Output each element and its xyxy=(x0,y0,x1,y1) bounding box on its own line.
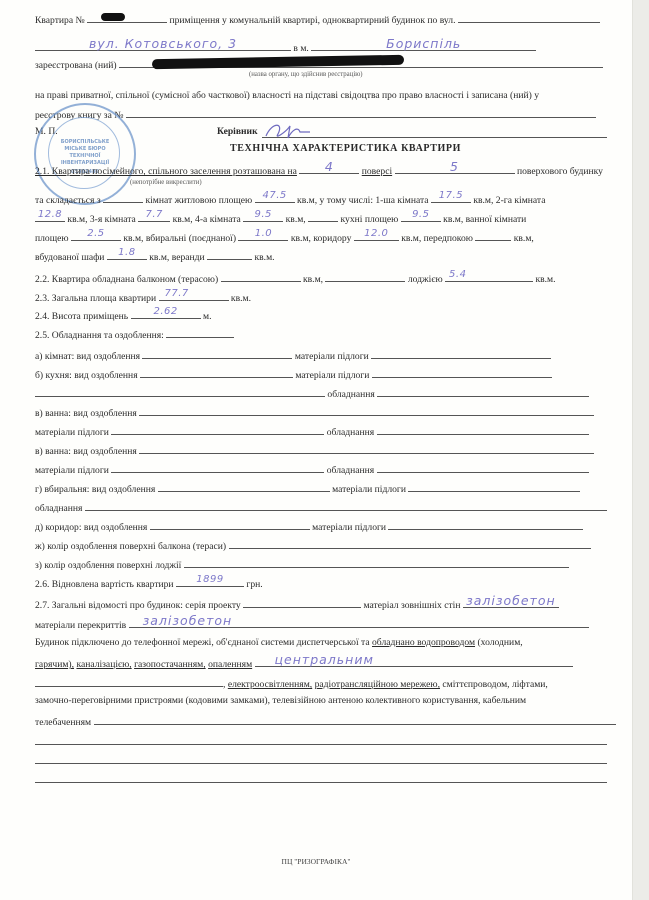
balcony-color-line: ж) колір оздоблення поверхні балкона (те… xyxy=(35,538,591,553)
s21-text: вбудованої шафи xyxy=(35,252,104,263)
section-2-7-line2: матеріали перекриттів залізобетон xyxy=(35,617,589,632)
room4-field[interactable]: 9.5 xyxy=(243,211,283,222)
ceilings-value: залізобетон xyxy=(143,615,589,627)
signature-icon xyxy=(262,120,342,142)
s21-text: та складається з xyxy=(35,195,101,206)
s23-text: кв.м. xyxy=(231,293,251,304)
city-field[interactable]: Бориспіль xyxy=(311,40,536,51)
toilet-finish-line: г) вбиральня: вид оздоблення матеріали п… xyxy=(35,481,580,496)
s25-text: матеріали підлоги xyxy=(312,522,386,533)
corridor-field[interactable]: 12.0 xyxy=(354,230,399,241)
kitchen-value: 9.5 xyxy=(401,209,441,221)
veranda-field[interactable] xyxy=(207,249,252,260)
s25-text: матеріали підлоги xyxy=(295,370,369,381)
city-value: Бориспіль xyxy=(311,38,536,50)
s27-text: Будинок підключено до телефонної мережі,… xyxy=(35,637,370,648)
bath2-finish-line: в) ванна: вид оздоблення xyxy=(35,443,594,458)
s25-text: матеріали підлоги xyxy=(332,484,406,495)
toilet-equip-line: обладнання xyxy=(35,500,607,515)
extra-line-3[interactable] xyxy=(35,782,607,783)
bath2-finish-field[interactable] xyxy=(139,443,594,454)
s22-text: кв.м. xyxy=(535,274,555,285)
s27-text: газопостачанням, xyxy=(134,659,206,670)
section-2-1-line5: вбудованої шафи 1.8 кв.м, веранди кв.м. xyxy=(35,249,275,264)
toilet-floor-field[interactable] xyxy=(408,481,580,492)
registry-field[interactable] xyxy=(126,107,596,118)
loggia-value: 5.4 xyxy=(449,269,533,281)
city-label: в м. xyxy=(293,43,308,54)
s25-text: в) ванна: вид оздоблення xyxy=(35,408,137,419)
extra-line-1[interactable] xyxy=(35,744,607,745)
s21-text: кв.м, 4-а кімната xyxy=(173,214,241,225)
note-strike: (непотрібне викреслити) xyxy=(130,179,202,186)
bath-finish-line: в) ванна: вид оздоблення xyxy=(35,405,594,420)
s21-text: кв.м, коридору xyxy=(291,233,352,244)
bath-equip-field[interactable] xyxy=(377,424,589,435)
s25-text: д) коридор: вид оздоблення xyxy=(35,522,147,533)
room3-value: 7.7 xyxy=(138,209,170,221)
s26-text: грн. xyxy=(246,579,262,590)
printer-footer: ПЦ "РИЗОГРАФІКА" xyxy=(0,857,632,866)
s27-text: , xyxy=(223,679,225,690)
section-2-7-line7: телебаченням xyxy=(35,714,616,729)
head-label: Керівник xyxy=(217,126,258,138)
s27-text: телебаченням xyxy=(35,717,91,728)
s27-text: матеріали перекриттів xyxy=(35,620,126,631)
balcony-color-field[interactable] xyxy=(229,538,591,549)
stamp-line: ТЕХНІЧНОЇ xyxy=(36,153,134,159)
s21-text: кв.м, у тому числі: 1-ша кімната xyxy=(297,195,428,206)
s25-text: матеріали підлоги xyxy=(35,427,109,438)
extra-field[interactable] xyxy=(308,211,338,222)
s21-text: кв.м, передпокою xyxy=(401,233,473,244)
room2-field[interactable]: 12.8 xyxy=(35,211,65,222)
toilet-finish-field[interactable] xyxy=(158,481,330,492)
floors-value: 5 xyxy=(395,161,515,173)
s22-text: 2.2. Квартира обладнана балконом (терасо… xyxy=(35,274,218,285)
floor-value: 4 xyxy=(299,161,359,173)
kitchen-finish-field[interactable] xyxy=(140,367,293,378)
s25-text: обладнання xyxy=(35,503,82,514)
living-area-field[interactable]: 47.5 xyxy=(255,192,295,203)
section-2-5: 2.5. Обладнання та оздоблення: xyxy=(35,327,234,342)
cable-tv-field[interactable] xyxy=(94,714,616,725)
bath-floor-line: матеріали підлоги обладнання xyxy=(35,424,589,439)
ownership-text: на праві приватної, спільної (сумісної а… xyxy=(35,90,539,102)
s21-text: 2.1. Квартира посімейного, спільного зас… xyxy=(35,166,297,177)
room1-field[interactable]: 17.5 xyxy=(431,192,471,203)
walls-field[interactable]: залізобетон xyxy=(463,597,559,608)
rooms-field[interactable] xyxy=(103,192,143,203)
stamp-line: МІСЬКЕ БЮРО xyxy=(36,146,134,152)
kitchen-floor-field[interactable] xyxy=(372,367,552,378)
s25-text: ж) колір оздоблення поверхні балкона (те… xyxy=(35,541,226,552)
bathroom-field[interactable]: 2.5 xyxy=(71,230,121,241)
floor-field[interactable]: 4 xyxy=(299,163,359,174)
room1-value: 17.5 xyxy=(431,190,471,202)
ceilings-field[interactable]: залізобетон xyxy=(129,617,589,628)
s21-text: кв.м. xyxy=(254,252,274,263)
s25-text: а) кімнат: вид оздоблення xyxy=(35,351,140,362)
s21-text: кв.м, 2-га кімната xyxy=(473,195,545,206)
section-2-1-line4: площею 2.5 кв.м, вбиральні (поєднаної) 1… xyxy=(35,230,534,245)
s24-text: 2.4. Висота приміщень xyxy=(35,311,128,322)
section-2-7-line6: замочно-переговірними пристроями (кодови… xyxy=(35,695,526,707)
section-2-1-line2: та складається з кімнат житловою площею … xyxy=(35,192,546,207)
s21-text: кв.м, ванної кімнати xyxy=(443,214,526,225)
bath-floor-field[interactable] xyxy=(111,424,324,435)
heating-field[interactable]: центральним xyxy=(255,656,573,667)
apartment-label: Квартира № xyxy=(35,15,85,26)
s21-text: площею xyxy=(35,233,69,244)
extra-line-2[interactable] xyxy=(35,763,607,764)
finish-general-field[interactable] xyxy=(166,327,234,338)
section-2-7-line1: 2.7. Загальні відомості про будинок: сер… xyxy=(35,597,559,612)
s21-text: кв.м, 3-я кімната xyxy=(67,214,135,225)
room4-value: 9.5 xyxy=(243,209,283,221)
walls-value: залізобетон xyxy=(463,595,559,607)
kitchen-field[interactable]: 9.5 xyxy=(401,211,441,222)
scan-margin xyxy=(632,0,649,900)
bathroom-value: 2.5 xyxy=(71,228,121,240)
hallway-field[interactable] xyxy=(475,230,511,241)
s25-text: матеріали підлоги xyxy=(295,351,369,362)
s21-text: кв.м, веранди xyxy=(149,252,204,263)
bath2-equip-field[interactable] xyxy=(377,462,589,473)
utilities-extra-field[interactable] xyxy=(35,676,223,687)
apartment-description: приміщення у комунальній квартирі, однок… xyxy=(169,15,455,26)
loggia-field[interactable]: 5.4 xyxy=(445,271,533,282)
s25-text: матеріали підлоги xyxy=(35,465,109,476)
s27-text: сміттєпроводом, ліфтами, xyxy=(442,679,547,690)
s27-text: каналізацією, xyxy=(76,659,131,670)
section-2-2: 2.2. Квартира обладнана балконом (терасо… xyxy=(35,271,556,286)
s22-text: лоджією xyxy=(408,274,443,285)
street-field-top[interactable] xyxy=(458,12,600,23)
height-value: 2.62 xyxy=(131,306,201,318)
s22-text: кв.м, xyxy=(303,274,323,285)
redaction-mark xyxy=(101,13,125,21)
s21-text: поверхового будинку xyxy=(517,166,603,177)
s25-text: обладнання xyxy=(327,427,374,438)
s27-text: опаленням xyxy=(208,659,252,670)
cost-value: 1899 xyxy=(176,574,244,586)
s27-text: (холодним, xyxy=(477,637,522,648)
balcony-field[interactable] xyxy=(221,271,301,282)
kitchen-extra-field[interactable] xyxy=(35,386,325,397)
heating-value: центральним xyxy=(275,654,573,666)
s27-text: гарячим), xyxy=(35,659,74,670)
address-line: вул. Котовського, 3 в м. Бориспіль xyxy=(35,40,536,55)
section-2-4: 2.4. Висота приміщень 2.62 м. xyxy=(35,308,211,323)
total-area-field[interactable]: 77.7 xyxy=(159,290,229,301)
s25-text: б) кухня: вид оздоблення xyxy=(35,370,138,381)
room3-field[interactable]: 7.7 xyxy=(138,211,170,222)
s27-text: матеріал зовнішніх стін xyxy=(364,600,461,611)
official-stamp: БОРИСПІЛЬСЬКЕ МІСЬКЕ БЮРО ТЕХНІЧНОЇ ІНВЕ… xyxy=(34,103,136,205)
kitchen-finish-line: б) кухня: вид оздоблення матеріали підло… xyxy=(35,367,552,382)
section-2-1-line3: 12.8 кв.м, 3-я кімната 7.7 кв.м, 4-а кім… xyxy=(35,211,526,226)
cost-field[interactable]: 1899 xyxy=(176,576,244,587)
section-2-7-line5: , електроосвітленням, радіотрансляційною… xyxy=(35,676,548,691)
corridor-value: 12.0 xyxy=(354,228,399,240)
s25-text: в) ванна: вид оздоблення xyxy=(35,446,137,457)
s26-text: 2.6. Відновлена вартість квартири xyxy=(35,579,174,590)
section-2-7-line3: Будинок підключено до телефонної мережі,… xyxy=(35,637,523,649)
bath2-floor-line: матеріали підлоги обладнання xyxy=(35,462,589,477)
s21-text: кімнат житловою площею xyxy=(145,195,252,206)
registered-note: (назва органу, що здійснив реєстрацію) xyxy=(249,71,363,78)
project-series-field[interactable] xyxy=(243,597,361,608)
s27-text: 2.7. Загальні відомості про будинок: сер… xyxy=(35,600,241,611)
apartment-number-field[interactable] xyxy=(87,12,167,23)
rooms-floor-field[interactable] xyxy=(371,348,551,359)
corridor-finish-field[interactable] xyxy=(150,519,310,530)
s23-text: 2.3. Загальна площа квартири xyxy=(35,293,156,304)
s27-text: обладнано водопроводом xyxy=(372,637,475,648)
registered-label: зареєстрована (ний) xyxy=(35,60,117,71)
toilet-equip-field[interactable] xyxy=(85,500,607,511)
total-area-value: 77.7 xyxy=(165,288,229,300)
s21-text: кв.м, вбиральні (поєднаної) xyxy=(123,233,236,244)
s21-text: кв.м, xyxy=(286,214,306,225)
loggia-color-field[interactable] xyxy=(184,557,569,568)
street-value: вул. Котовського, 3 xyxy=(35,38,291,50)
bath-finish-field[interactable] xyxy=(139,405,594,416)
corridor-floor-field[interactable] xyxy=(388,519,583,530)
closet-value: 1.8 xyxy=(107,247,147,259)
floors-field[interactable]: 5 xyxy=(395,163,515,174)
section-2-7-line4: гарячим), каналізацією, газопостачанням,… xyxy=(35,656,573,671)
s27-text: електроосвітленням, xyxy=(228,679,312,690)
street-field[interactable]: вул. Котовського, 3 xyxy=(35,40,291,51)
kitchen-equip-field[interactable] xyxy=(377,386,589,397)
s25-text: з) колір оздоблення поверхні лоджії xyxy=(35,560,181,571)
bath2-floor-field[interactable] xyxy=(111,462,324,473)
rooms-finish-field[interactable] xyxy=(142,348,292,359)
stamp-line: БОРИСПІЛЬСЬКЕ xyxy=(36,139,134,145)
toilet-value: 1.0 xyxy=(238,228,288,240)
s25-text: 2.5. Обладнання та оздоблення: xyxy=(35,330,164,341)
s21-text: кв.м, xyxy=(514,233,534,244)
rooms-finish-line: а) кімнат: вид оздоблення матеріали підл… xyxy=(35,348,551,363)
section-2-3: 2.3. Загальна площа квартири 77.7 кв.м. xyxy=(35,290,251,305)
closet-field[interactable]: 1.8 xyxy=(107,249,147,260)
room2-value: 12.8 xyxy=(35,209,65,221)
loggia-color-line: з) колір оздоблення поверхні лоджії xyxy=(35,557,569,572)
s25-text: г) вбиральня: вид оздоблення xyxy=(35,484,155,495)
s21-text: поверсі xyxy=(362,166,392,177)
corridor-finish-line: д) коридор: вид оздоблення матеріали під… xyxy=(35,519,583,534)
balcony-extra-field[interactable] xyxy=(325,271,405,282)
section-2-6: 2.6. Відновлена вартість квартири 1899 г… xyxy=(35,576,263,591)
s25-text: обладнання xyxy=(327,465,374,476)
document-title: ТЕХНІЧНА ХАРАКТЕРИСТИКА КВАРТИРИ xyxy=(230,143,461,154)
s21-text: кухні площею xyxy=(341,214,399,225)
s27-text: радіотрансляційною мережею, xyxy=(315,679,440,690)
section-2-1-line1: 2.1. Квартира посімейного, спільного зас… xyxy=(35,163,603,178)
kitchen-equip-line: обладнання xyxy=(35,386,589,401)
height-field[interactable]: 2.62 xyxy=(131,308,201,319)
living-area-value: 47.5 xyxy=(255,190,295,202)
s25-text: обладнання xyxy=(327,389,374,400)
s24-text: м. xyxy=(203,311,211,322)
toilet-field[interactable]: 1.0 xyxy=(238,230,288,241)
